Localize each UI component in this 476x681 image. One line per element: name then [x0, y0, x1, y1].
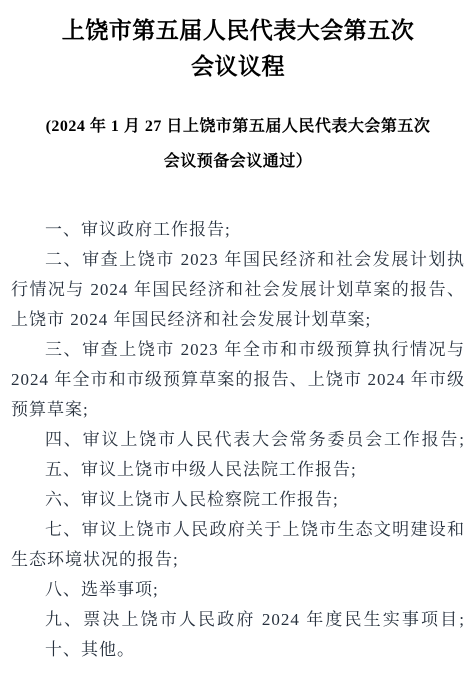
agenda-item: 二、审查上饶市 2023 年国民经济和社会发展计划执行情况与 2024 年国民经…: [11, 245, 465, 335]
agenda-item: 八、选举事项;: [11, 575, 465, 605]
document-subtitle-line-1: (2024 年 1 月 27 日上饶市第五届人民代表大会第五次: [0, 109, 476, 144]
agenda-item: 九、票决上饶市人民政府 2024 年度民生实事项目;: [11, 605, 465, 635]
agenda-item: 六、审议上饶市人民检察院工作报告;: [11, 485, 465, 515]
document-subtitle-line-2: 会议预备会议通过）: [0, 144, 476, 179]
agenda-item: 三、审查上饶市 2023 年全市和市级预算执行情况与 2024 年全市和市级预算…: [11, 335, 465, 425]
document-title: 上饶市第五届人民代表大会第五次 会议议程: [0, 0, 476, 85]
document-title-line-2: 会议议程: [0, 49, 476, 85]
agenda-item: 五、审议上饶市中级人民法院工作报告;: [11, 455, 465, 485]
document-page: 上饶市第五届人民代表大会第五次 会议议程 (2024 年 1 月 27 日上饶市…: [0, 0, 476, 681]
agenda-item: 十、其他。: [11, 635, 465, 665]
agenda-list: 一、审议政府工作报告;二、审查上饶市 2023 年国民经济和社会发展计划执行情况…: [0, 215, 476, 665]
agenda-item: 一、审议政府工作报告;: [11, 215, 465, 245]
document-subtitle: (2024 年 1 月 27 日上饶市第五届人民代表大会第五次 会议预备会议通过…: [0, 109, 476, 179]
document-title-line-1: 上饶市第五届人民代表大会第五次: [0, 13, 476, 49]
agenda-item: 四、审议上饶市人民代表大会常务委员会工作报告;: [11, 425, 465, 455]
agenda-item: 七、审议上饶市人民政府关于上饶市生态文明建设和生态环境状况的报告;: [11, 515, 465, 575]
